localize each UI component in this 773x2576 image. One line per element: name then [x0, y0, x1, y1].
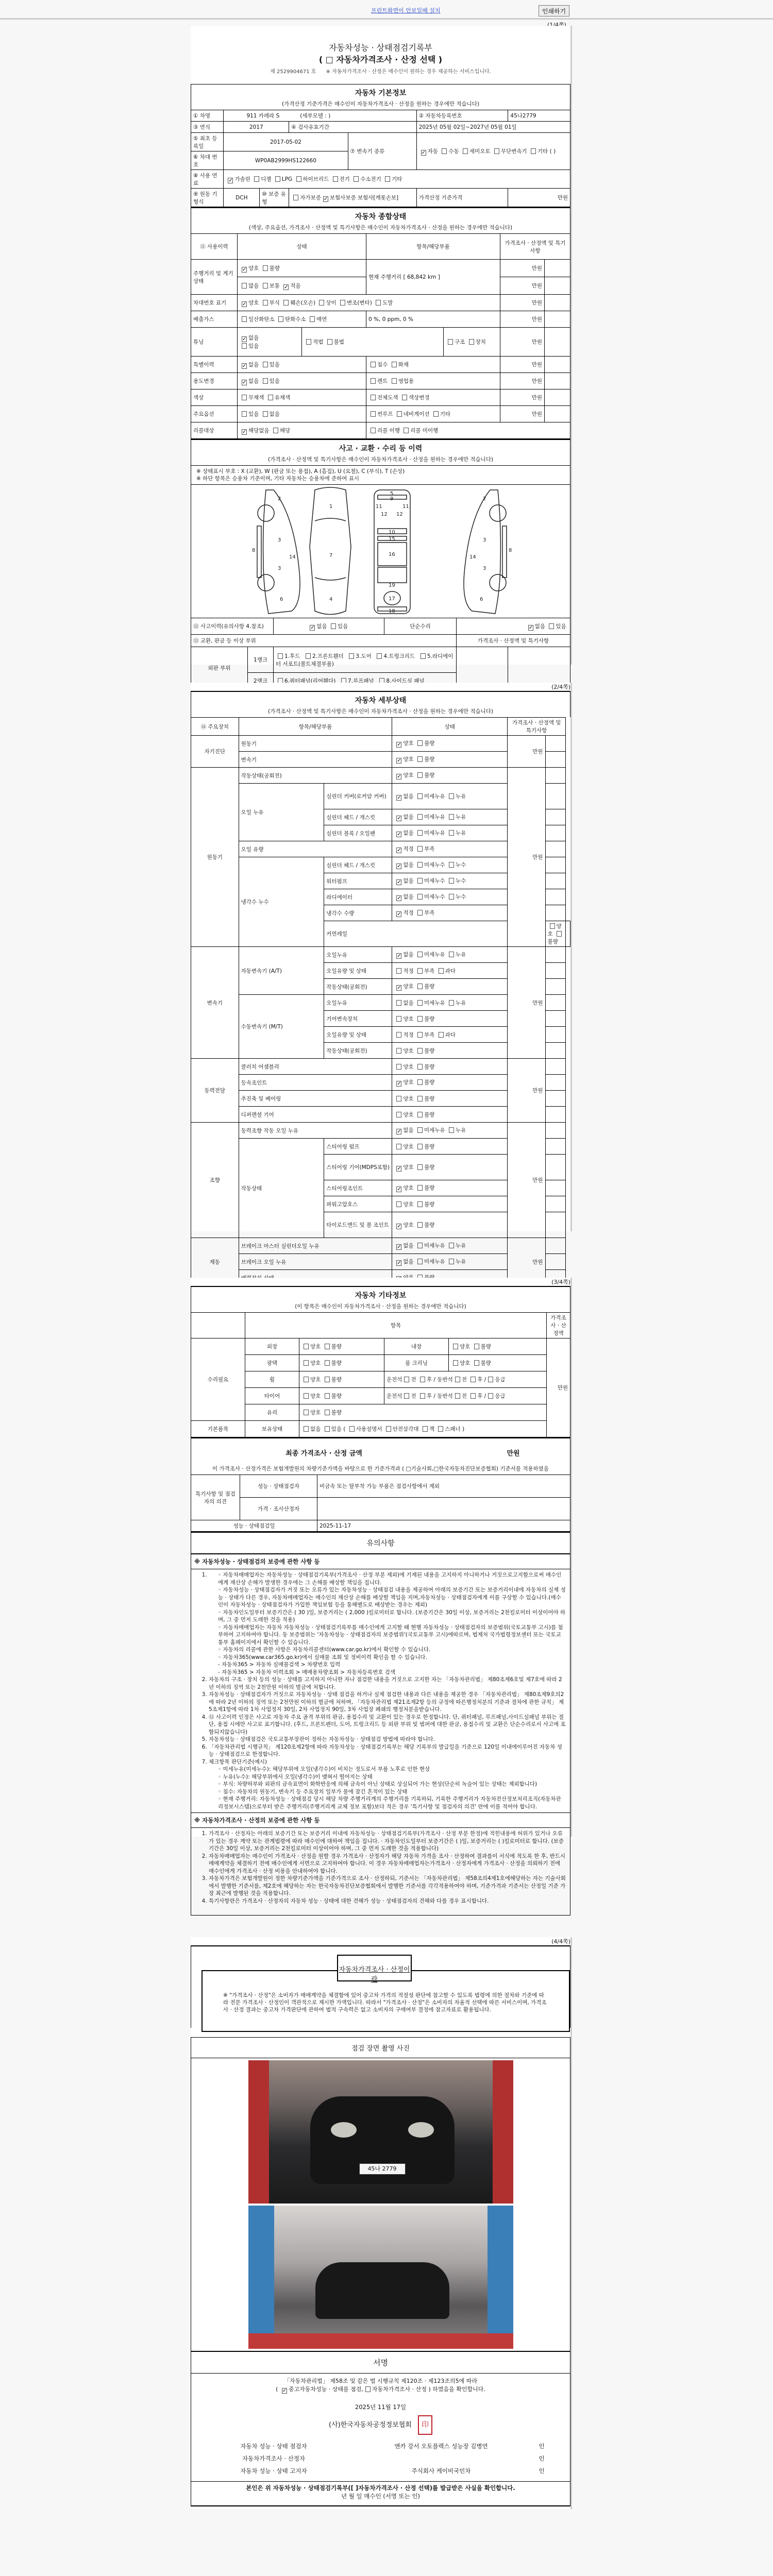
checkbox[interactable] — [396, 968, 401, 974]
checkbox[interactable] — [319, 300, 324, 306]
document-subtitle: ( □ 자동차가격조사 · 산정 선택 ) — [191, 53, 570, 65]
checkbox[interactable] — [417, 814, 423, 820]
checkbox[interactable] — [396, 758, 401, 764]
other-info-table: 항목가격조사 · 산정액수리필요외장양호 불량 내장양호 불량 만원광택양호 불… — [191, 1312, 570, 1437]
engine-type: DCH — [224, 189, 260, 207]
basic-info-title: 자동차 기본정보 — [191, 84, 570, 98]
checkbox[interactable] — [254, 176, 259, 182]
basic-info-note: (가격산정 기준가격은 매수인이 자동차가격조사 · 산정을 원하는 경우에만 … — [191, 98, 570, 110]
checkbox[interactable] — [417, 846, 423, 852]
checkbox[interactable] — [396, 1112, 401, 1117]
checkbox[interactable] — [385, 176, 390, 182]
checkbox[interactable] — [304, 1344, 309, 1349]
checkbox[interactable] — [404, 1377, 409, 1382]
checkbox[interactable] — [263, 362, 268, 367]
overall-table: ⑪ 사용이력상태항목/해당부품가격조사 · 산정액 및 특기사항주행거리 및 계… — [191, 233, 570, 439]
checkbox[interactable] — [354, 176, 359, 182]
checkbox[interactable] — [278, 316, 283, 322]
checkbox[interactable] — [242, 429, 247, 435]
checkbox[interactable] — [396, 985, 401, 991]
page-2: (2/4쪽) 자동차 세부상태 (가격조사 · 산정액 및 특기사항은 매수인이… — [191, 683, 572, 1231]
checkbox[interactable] — [331, 623, 336, 629]
checkbox[interactable] — [396, 1081, 401, 1087]
checkbox[interactable] — [417, 1000, 423, 1006]
accident-title: 사고 · 교환 · 수리 등 이력 — [191, 440, 570, 453]
inspection-period: 2025년 05월 02일~2027년 05월 01일 — [416, 122, 570, 133]
checkbox[interactable] — [263, 283, 268, 289]
checkbox[interactable] — [455, 1393, 460, 1399]
checkbox[interactable] — [396, 1032, 401, 1038]
checkbox[interactable] — [242, 316, 247, 322]
checkbox[interactable] — [396, 1260, 401, 1266]
checkbox[interactable] — [349, 653, 354, 659]
checkbox[interactable] — [423, 1426, 428, 1432]
checkbox[interactable] — [442, 148, 447, 154]
checkbox[interactable] — [396, 1144, 401, 1149]
inspector-opinion: 비금속 또는 탈부착 가능 부품은 점검사항에서 제외 — [317, 1475, 570, 1498]
checkbox[interactable] — [449, 952, 454, 957]
checkbox[interactable] — [417, 793, 423, 799]
checkbox[interactable] — [296, 176, 301, 182]
price-basis-text: 이 가격조사 · 산정가격은 보험개발원의 차량기준가액을 바탕으로 한 기준가… — [191, 1462, 570, 1475]
checkbox[interactable] — [304, 1393, 309, 1399]
buyer-signature-line[interactable]: 년 월 일 매수인 (서명 또는 인) — [191, 2492, 570, 2500]
checkbox[interactable] — [396, 742, 401, 748]
checkbox[interactable] — [417, 984, 423, 989]
checkbox[interactable] — [449, 830, 454, 836]
checkbox[interactable] — [455, 1377, 460, 1382]
checkbox[interactable] — [448, 339, 453, 345]
accident-note: (가격조사 · 산정액 및 특기사항은 매수인이 자동차가격조사 · 산정을 원… — [191, 453, 570, 465]
checkbox[interactable] — [396, 848, 401, 853]
checkbox[interactable] — [371, 411, 376, 417]
toolbar: 프린트화면이 안보일때 설치 인쇄하기 — [0, 0, 773, 20]
signature-section: 「자동차관리법」 제58조 및 같은 법 시행규칙 제120조 · 제123조의… — [191, 2374, 570, 2482]
checkbox[interactable] — [417, 830, 423, 836]
checkbox[interactable] — [494, 148, 499, 154]
svg-text:15: 15 — [389, 536, 395, 542]
checkbox[interactable] — [438, 1426, 443, 1432]
car-name: 911 카레라 S(세부모델 : ) — [224, 110, 416, 122]
checkbox[interactable] — [396, 1096, 401, 1101]
checkbox[interactable] — [420, 1393, 425, 1399]
checkbox[interactable] — [396, 1129, 401, 1134]
checkbox[interactable] — [396, 795, 401, 801]
svg-text:10: 10 — [389, 530, 395, 535]
checkbox[interactable] — [325, 1377, 330, 1382]
checkbox[interactable] — [421, 653, 426, 659]
page-4: (4/4쪽) ※ "가격조사 · 산정"은 소비자가 매매계약을 체결함에 있어… — [191, 1937, 572, 2509]
document-title: 자동차성능 · 상태점검기록부 — [191, 41, 570, 53]
checkbox[interactable] — [404, 428, 409, 433]
page-4-number: (4/4쪽) — [191, 1937, 570, 1945]
license-plate: 45나 2779 — [359, 2163, 406, 2175]
svg-text:17: 17 — [389, 596, 395, 602]
checkbox[interactable] — [421, 150, 426, 156]
checkbox[interactable] — [306, 339, 311, 345]
checkbox[interactable] — [449, 1243, 454, 1248]
checkbox[interactable] — [242, 363, 247, 369]
svg-text:9: 9 — [390, 496, 393, 502]
svg-text:3: 3 — [483, 566, 486, 571]
checkbox[interactable] — [263, 265, 268, 271]
checkbox[interactable] — [242, 336, 247, 342]
car-diagram-icon: 2338146 174 59101516191718 11111212 2338… — [191, 485, 573, 618]
notice-head-2: ※ 자동차가격조사 · 산정의 보증에 관한 사항 등 — [191, 1812, 570, 1828]
checkbox[interactable] — [417, 1164, 423, 1170]
checkbox[interactable] — [392, 362, 397, 367]
checkbox[interactable] — [396, 863, 401, 869]
fuel-options: 가솔린 디젤 LPG 하이브리드 전기 수소전기 기타 — [224, 170, 570, 189]
checkbox[interactable] — [417, 756, 423, 762]
checkbox[interactable] — [449, 894, 454, 900]
checkbox[interactable] — [417, 1127, 423, 1133]
overall-title: 자동차 종합상태 — [191, 208, 570, 222]
checkbox[interactable] — [310, 316, 315, 322]
checkbox[interactable] — [449, 1259, 454, 1264]
notice-section-1: 자동차매매업자는 자동차성능 · 상태점검기록부(가격조사 · 산정 부분 제외… — [191, 1569, 570, 1812]
checkbox[interactable] — [396, 832, 401, 837]
print-install-link[interactable]: 프린트화면이 안보일때 설치 — [371, 6, 441, 14]
checkbox[interactable] — [371, 362, 376, 367]
checkbox[interactable] — [453, 1360, 458, 1366]
checkbox[interactable] — [396, 1064, 401, 1070]
svg-text:19: 19 — [389, 583, 395, 588]
checkbox[interactable] — [242, 283, 247, 289]
checkbox[interactable] — [531, 148, 536, 154]
checkbox[interactable] — [417, 1144, 423, 1149]
checkbox[interactable] — [325, 1360, 330, 1366]
checkbox[interactable] — [488, 1393, 493, 1399]
checkbox[interactable] — [349, 1426, 355, 1432]
checkbox[interactable] — [417, 952, 423, 957]
checkbox[interactable] — [263, 411, 268, 417]
checkbox[interactable] — [449, 793, 454, 799]
checkbox[interactable] — [417, 910, 423, 916]
warranty-type: 자가보증보험사보증 보험사[캐롯손보] — [289, 189, 416, 207]
checkbox[interactable] — [306, 653, 311, 659]
checkbox[interactable] — [474, 1344, 479, 1349]
checkbox[interactable] — [417, 968, 423, 974]
checkbox[interactable] — [488, 1377, 493, 1382]
checkbox[interactable] — [417, 862, 423, 868]
current-mileage: 현재 주행거리 [ 68,842 km ] — [366, 260, 500, 295]
checkbox[interactable] — [396, 1166, 401, 1172]
notice-head-1: ※ 자동차성능 · 상태점검의 보증에 관한 사항 등 — [191, 1554, 570, 1569]
signature-title: 서명 — [191, 2351, 570, 2374]
checkbox[interactable] — [242, 380, 247, 385]
checkbox[interactable] — [376, 300, 381, 306]
svg-text:11: 11 — [402, 504, 409, 510]
legend-symbols: ※ 상태표시 부호 : X (교환), W (판금 또는 용접), A (흠집)… — [196, 468, 565, 475]
checkbox[interactable] — [327, 339, 332, 345]
checkbox[interactable] — [417, 1259, 423, 1264]
svg-text:8: 8 — [509, 548, 512, 553]
checkbox[interactable] — [396, 774, 401, 779]
page-2-number: (2/4쪽) — [191, 683, 570, 691]
vin: WP0AB2999HS122660 — [224, 151, 348, 170]
checkbox[interactable] — [325, 1344, 330, 1349]
checkbox[interactable] — [304, 1377, 309, 1382]
checkbox[interactable] — [325, 1410, 330, 1415]
document-number: 제 2529904671 호 ※ 자동차가격조사 · 산정은 매수인이 원하는 … — [191, 67, 570, 75]
checkbox[interactable] — [242, 343, 247, 349]
svg-text:6: 6 — [280, 597, 283, 602]
checkbox[interactable] — [242, 411, 247, 417]
svg-text:8: 8 — [252, 548, 255, 553]
signature-roles: 자동차 성능 · 상태 점검자엔카 강서 오토플렉스 성능장 김병연인자동차가격… — [191, 2440, 570, 2477]
checkbox[interactable] — [469, 339, 474, 345]
svg-text:16: 16 — [389, 552, 395, 557]
svg-text:1: 1 — [329, 504, 332, 510]
checkbox[interactable] — [263, 300, 268, 306]
signature-date: 2025년 11월 17일 — [191, 2403, 570, 2411]
other-info-note: (이 항목은 매수인이 자동차가격조사 · 산정을 원하는 경우에만 적습니다) — [191, 1300, 570, 1312]
checkbox[interactable] — [392, 378, 397, 384]
checkbox[interactable] — [449, 1000, 454, 1006]
checkbox[interactable] — [242, 267, 247, 273]
model-year: 2017 — [224, 122, 289, 133]
checkbox[interactable] — [417, 772, 423, 778]
checkbox[interactable] — [404, 1393, 409, 1399]
checkbox[interactable] — [396, 816, 401, 821]
page-3-number: (3/4쪽) — [191, 1278, 570, 1286]
detail-note: (가격조사 · 산정액 및 특기사항은 매수인이 자동차가격조사 · 산정을 원… — [191, 705, 570, 717]
receipt-confirmation: 본인은 위 자동차성능 · 상태점검기록부([ ]자동차가격조사 · 산정 선택… — [191, 2484, 570, 2492]
checkbox[interactable] — [371, 378, 376, 384]
checkbox[interactable] — [439, 1032, 444, 1038]
other-info-title: 자동차 기타정보 — [191, 1287, 570, 1300]
opinion-table: 특기사항 및 점검자의 의견성능 · 상태점검자비금속 또는 탈부착 가능 부품… — [191, 1475, 570, 1532]
checkbox[interactable] — [453, 1344, 458, 1349]
checkbox[interactable] — [310, 625, 315, 631]
registration-number: 45나2779 — [508, 110, 570, 122]
checkbox[interactable] — [304, 1426, 309, 1432]
checkbox[interactable] — [474, 1360, 479, 1366]
checkbox[interactable] — [340, 300, 345, 306]
checkbox[interactable] — [325, 1393, 330, 1399]
checkbox[interactable] — [417, 1048, 423, 1054]
organization: (사)한국자동차공정정보협회 印 — [191, 2415, 570, 2435]
checkbox[interactable] — [396, 1244, 401, 1250]
checkbox[interactable] — [304, 1410, 309, 1415]
checkbox[interactable] — [396, 1048, 401, 1054]
checkbox[interactable] — [449, 878, 454, 884]
checkbox[interactable] — [396, 1187, 401, 1192]
svg-text:3: 3 — [278, 537, 281, 543]
checkbox[interactable] — [449, 1127, 454, 1133]
checkbox[interactable] — [449, 814, 454, 820]
svg-text:18: 18 — [389, 608, 395, 614]
official-stamp-icon: 印 — [418, 2415, 432, 2435]
detail-title: 자동차 세부상태 — [191, 692, 570, 705]
checkbox[interactable] — [417, 1096, 423, 1101]
first-registration: 2017-05-02 — [224, 133, 348, 151]
checkbox[interactable] — [417, 1112, 423, 1117]
print-button[interactable]: 인쇄하기 — [539, 5, 569, 16]
svg-text:4: 4 — [329, 597, 332, 602]
svg-text:14: 14 — [289, 554, 296, 560]
svg-text:7: 7 — [329, 553, 332, 558]
final-price-label: 최종 가격조사 · 산정 금액 — [191, 1448, 457, 1458]
checkbox[interactable] — [439, 968, 444, 974]
checkbox[interactable] — [371, 428, 376, 433]
svg-text:6: 6 — [480, 597, 483, 602]
checkbox[interactable] — [396, 911, 401, 917]
checkbox[interactable] — [550, 923, 555, 929]
checkbox[interactable] — [417, 1222, 423, 1228]
checkbox[interactable] — [377, 653, 382, 659]
car-diagram: 2338146 174 59101516191718 11111212 2338… — [191, 485, 570, 618]
checkbox[interactable] — [371, 395, 376, 400]
checkbox[interactable] — [396, 1224, 401, 1229]
svg-text:2: 2 — [278, 496, 281, 502]
checkbox[interactable] — [396, 1016, 401, 1022]
checkbox[interactable] — [333, 176, 338, 182]
inspection-date: 2025-11-17 — [317, 1520, 570, 1532]
checkbox[interactable] — [557, 931, 562, 937]
checkbox[interactable] — [283, 300, 289, 306]
checkbox[interactable] — [417, 878, 423, 884]
checkbox[interactable] — [417, 894, 423, 900]
checkbox[interactable] — [278, 653, 283, 659]
checkbox[interactable] — [396, 953, 401, 959]
inspection-photo-1: 45나 2779 — [248, 2060, 513, 2204]
page-1: 자동차성능 · 상태점검기록부 ( □ 자동차가격조사 · 산정 선택 ) 제 … — [191, 26, 572, 665]
signature-row: 자동차 성능 · 상태 고지자주식회사 케이비국민차인 — [191, 2465, 570, 2477]
svg-text:2: 2 — [483, 496, 486, 502]
pricing-info-title: 자동차가격조사 · 산정이란 — [337, 1955, 412, 1981]
checkbox[interactable] — [449, 862, 454, 868]
checkbox[interactable] — [304, 1360, 309, 1366]
svg-text:12: 12 — [396, 512, 403, 517]
checkbox[interactable] — [417, 1016, 423, 1022]
checkbox[interactable] — [417, 740, 423, 746]
checkbox[interactable] — [420, 1377, 425, 1382]
checkbox[interactable] — [470, 1393, 476, 1399]
checkbox[interactable] — [417, 1079, 423, 1085]
checkbox[interactable] — [528, 625, 533, 631]
inspection-photo-2 — [248, 2206, 513, 2349]
checkbox[interactable] — [397, 411, 402, 417]
svg-text:12: 12 — [381, 512, 388, 517]
final-price-unit: 만원 — [457, 1448, 570, 1458]
checkbox[interactable] — [402, 395, 407, 400]
checkbox[interactable] — [417, 1185, 423, 1191]
checkbox[interactable] — [242, 301, 247, 307]
page-3: (3/4쪽) 자동차 기타정보 (이 항목은 매수인이 자동차가격조사 · 산정… — [191, 1278, 572, 1837]
photos-title: 점검 장면 촬영 사진 — [191, 2037, 570, 2058]
signature-row: 자동차가격조사 · 산정자인 — [191, 2452, 570, 2465]
checkbox[interactable] — [268, 395, 273, 400]
checkbox[interactable] — [396, 879, 401, 885]
checkbox[interactable] — [417, 1032, 423, 1038]
checkbox[interactable] — [396, 1000, 401, 1006]
checkbox[interactable] — [325, 1426, 330, 1432]
checkbox[interactable] — [242, 395, 247, 400]
checkbox[interactable] — [386, 1426, 391, 1432]
pricer-opinion — [317, 1498, 570, 1520]
transmission-options: 자동 수동 세미오토 무단변속기 기타 ( ) — [416, 133, 570, 170]
checkbox[interactable] — [228, 178, 233, 183]
svg-text:11: 11 — [376, 504, 382, 510]
checkbox[interactable] — [263, 378, 268, 384]
checkbox[interactable] — [470, 1377, 476, 1382]
signature-row: 자동차 성능 · 상태 점검자엔카 강서 오토플렉스 성능장 김병연인 — [191, 2440, 570, 2452]
svg-text:3: 3 — [278, 566, 281, 571]
svg-text:3: 3 — [483, 537, 486, 543]
checkbox[interactable] — [417, 1201, 423, 1207]
checkbox[interactable] — [433, 411, 439, 417]
basic-info-table: ① 차명 911 카레라 S(세부모델 : ) ② 자동차등록번호 45나277… — [191, 110, 570, 207]
checkbox[interactable] — [463, 148, 468, 154]
checkbox[interactable] — [275, 176, 280, 182]
checkbox[interactable] — [417, 1064, 423, 1070]
checkbox[interactable] — [273, 428, 278, 433]
checkbox[interactable] — [417, 1243, 423, 1248]
notice-title: 유의사항 — [191, 1532, 570, 1554]
svg-text:14: 14 — [469, 554, 476, 560]
checkbox[interactable] — [396, 1201, 401, 1207]
checkbox[interactable] — [549, 623, 554, 629]
legend-note: ※ 하단 항목은 승용차 기준이며, 기타 자동차는 승용차에 준하여 표시 — [196, 475, 565, 482]
checkbox[interactable] — [396, 895, 401, 901]
overall-note: (색상, 주요옵션, 가격조사 · 산정액 및 특기사항은 매수인이 자동차가격… — [191, 222, 570, 233]
checkbox[interactable] — [283, 284, 289, 290]
notice-section-2: 가격조사 · 산정자는 아래의 보증기간 또는 보증거리 이내에 자동차성능 ·… — [191, 1828, 570, 1916]
